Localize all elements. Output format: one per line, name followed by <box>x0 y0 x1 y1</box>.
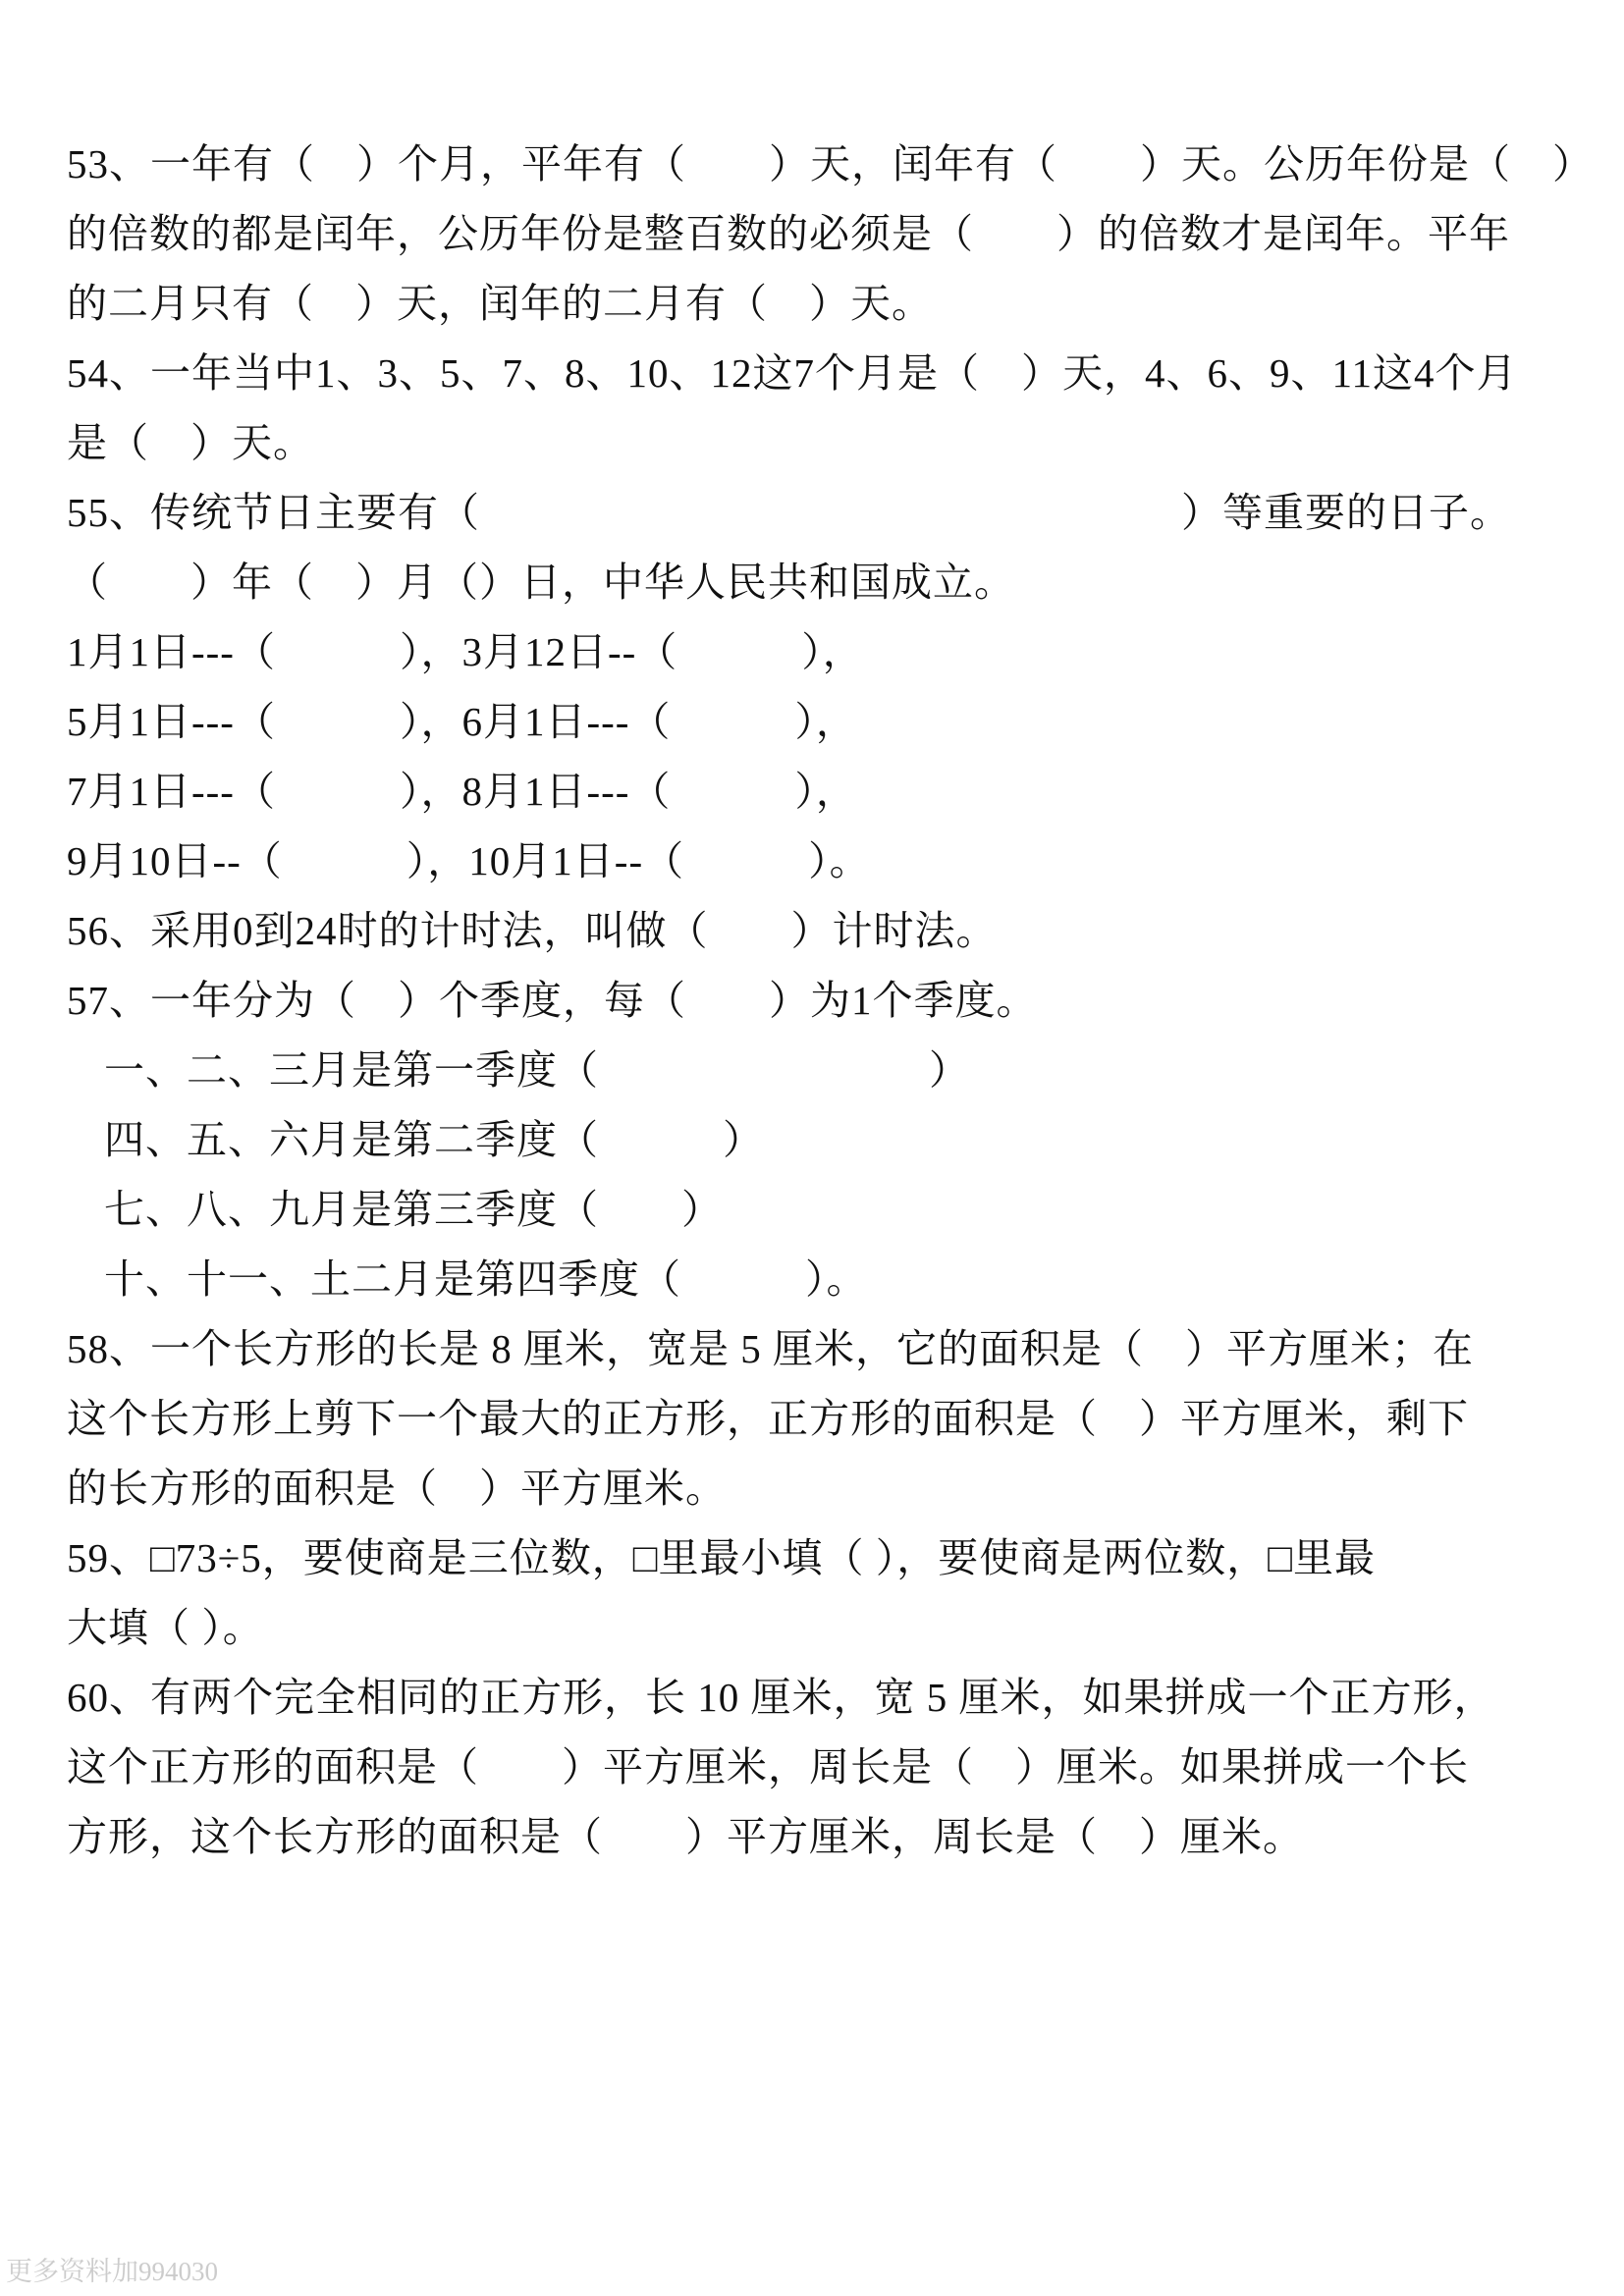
text-line-q58-1: 58、一个长方形的长是 8 厘米，宽是 5 厘米，它的面积是（ ）平方厘米；在 <box>67 1314 1565 1384</box>
text-line-q57-season-1: 一、二、三月是第一季度（ ） <box>67 1036 1565 1105</box>
text-line-q54-2: 是（ ）天。 <box>67 408 1565 478</box>
text-line-q60-2: 这个正方形的面积是（ ）平方厘米，周长是（ ）厘米。如果拼成一个长 <box>67 1733 1565 1802</box>
text-line-q59-2: 大填（ ）。 <box>67 1593 1565 1663</box>
text-line-q57-season-3: 七、八、九月是第三季度（ ） <box>67 1175 1565 1245</box>
text-line-q56: 56、采用0到24时的计时法，叫做（ ）计时法。 <box>67 896 1565 966</box>
text-line-q55-1: 55、传统节日主要有（ ）等重要的日子。 <box>67 478 1565 548</box>
text-line-q55-dates-4: 9月10日--（ ），10月1日--（ ）。 <box>67 827 1565 896</box>
text-line-q58-3: 的长方形的面积是（ ）平方厘米。 <box>67 1454 1565 1523</box>
text-line-q55-dates-1: 1月1日---（ ），3月12日--（ ）， <box>67 617 1565 687</box>
worksheet-page: 53、一年有（ ）个月，平年有（ ）天，闰年有（ ）天。公历年份是（ ） 的倍数… <box>0 0 1624 2296</box>
text-line-q57: 57、一年分为（ ）个季度，每（ ）为1个季度。 <box>67 966 1565 1036</box>
text-line-q55-dates-3: 7月1日---（ ），8月1日---（ ）， <box>67 757 1565 827</box>
worksheet-body: 53、一年有（ ）个月，平年有（ ）天，闰年有（ ）天。公历年份是（ ） 的倍数… <box>0 0 1624 1872</box>
text-line-q60-1: 60、有两个完全相同的正方形，长 10 厘米，宽 5 厘米，如果拼成一个正方形， <box>67 1663 1565 1733</box>
text-line-q60-3: 方形，这个长方形的面积是（ ）平方厘米，周长是（ ）厘米。 <box>67 1802 1565 1872</box>
text-line-q57-season-4: 十、十一、土二月是第四季度（ ）。 <box>67 1245 1565 1314</box>
text-line-q58-2: 这个长方形上剪下一个最大的正方形，正方形的面积是（ ）平方厘米，剩下 <box>67 1384 1565 1454</box>
text-line-q57-season-2: 四、五、六月是第二季度（ ） <box>67 1105 1565 1175</box>
text-line-q55-dates-2: 5月1日---（ ），6月1日---（ ）， <box>67 687 1565 757</box>
text-line-q53-3: 的二月只有（ ）天，闰年的二月有（ ）天。 <box>67 269 1565 339</box>
text-line-q54-1: 54、一年当中1、3、5、7、8、10、12这7个月是（ ）天，4、6、9、11… <box>67 339 1565 408</box>
text-line-q53-2: 的倍数的都是闰年，公历年份是整百数的必须是（ ）的倍数才是闰年。平年 <box>67 199 1565 269</box>
watermark: 更多资料加994030 <box>6 2250 218 2288</box>
text-line-q53-1: 53、一年有（ ）个月，平年有（ ）天，闰年有（ ）天。公历年份是（ ） <box>67 130 1565 199</box>
text-line-q55-2: （ ）年（ ）月（）日，中华人民共和国成立。 <box>67 548 1565 617</box>
text-line-q59-1: 59、□73÷5，要使商是三位数，□里最小填（ ），要使商是两位数，□里最 <box>67 1523 1565 1593</box>
